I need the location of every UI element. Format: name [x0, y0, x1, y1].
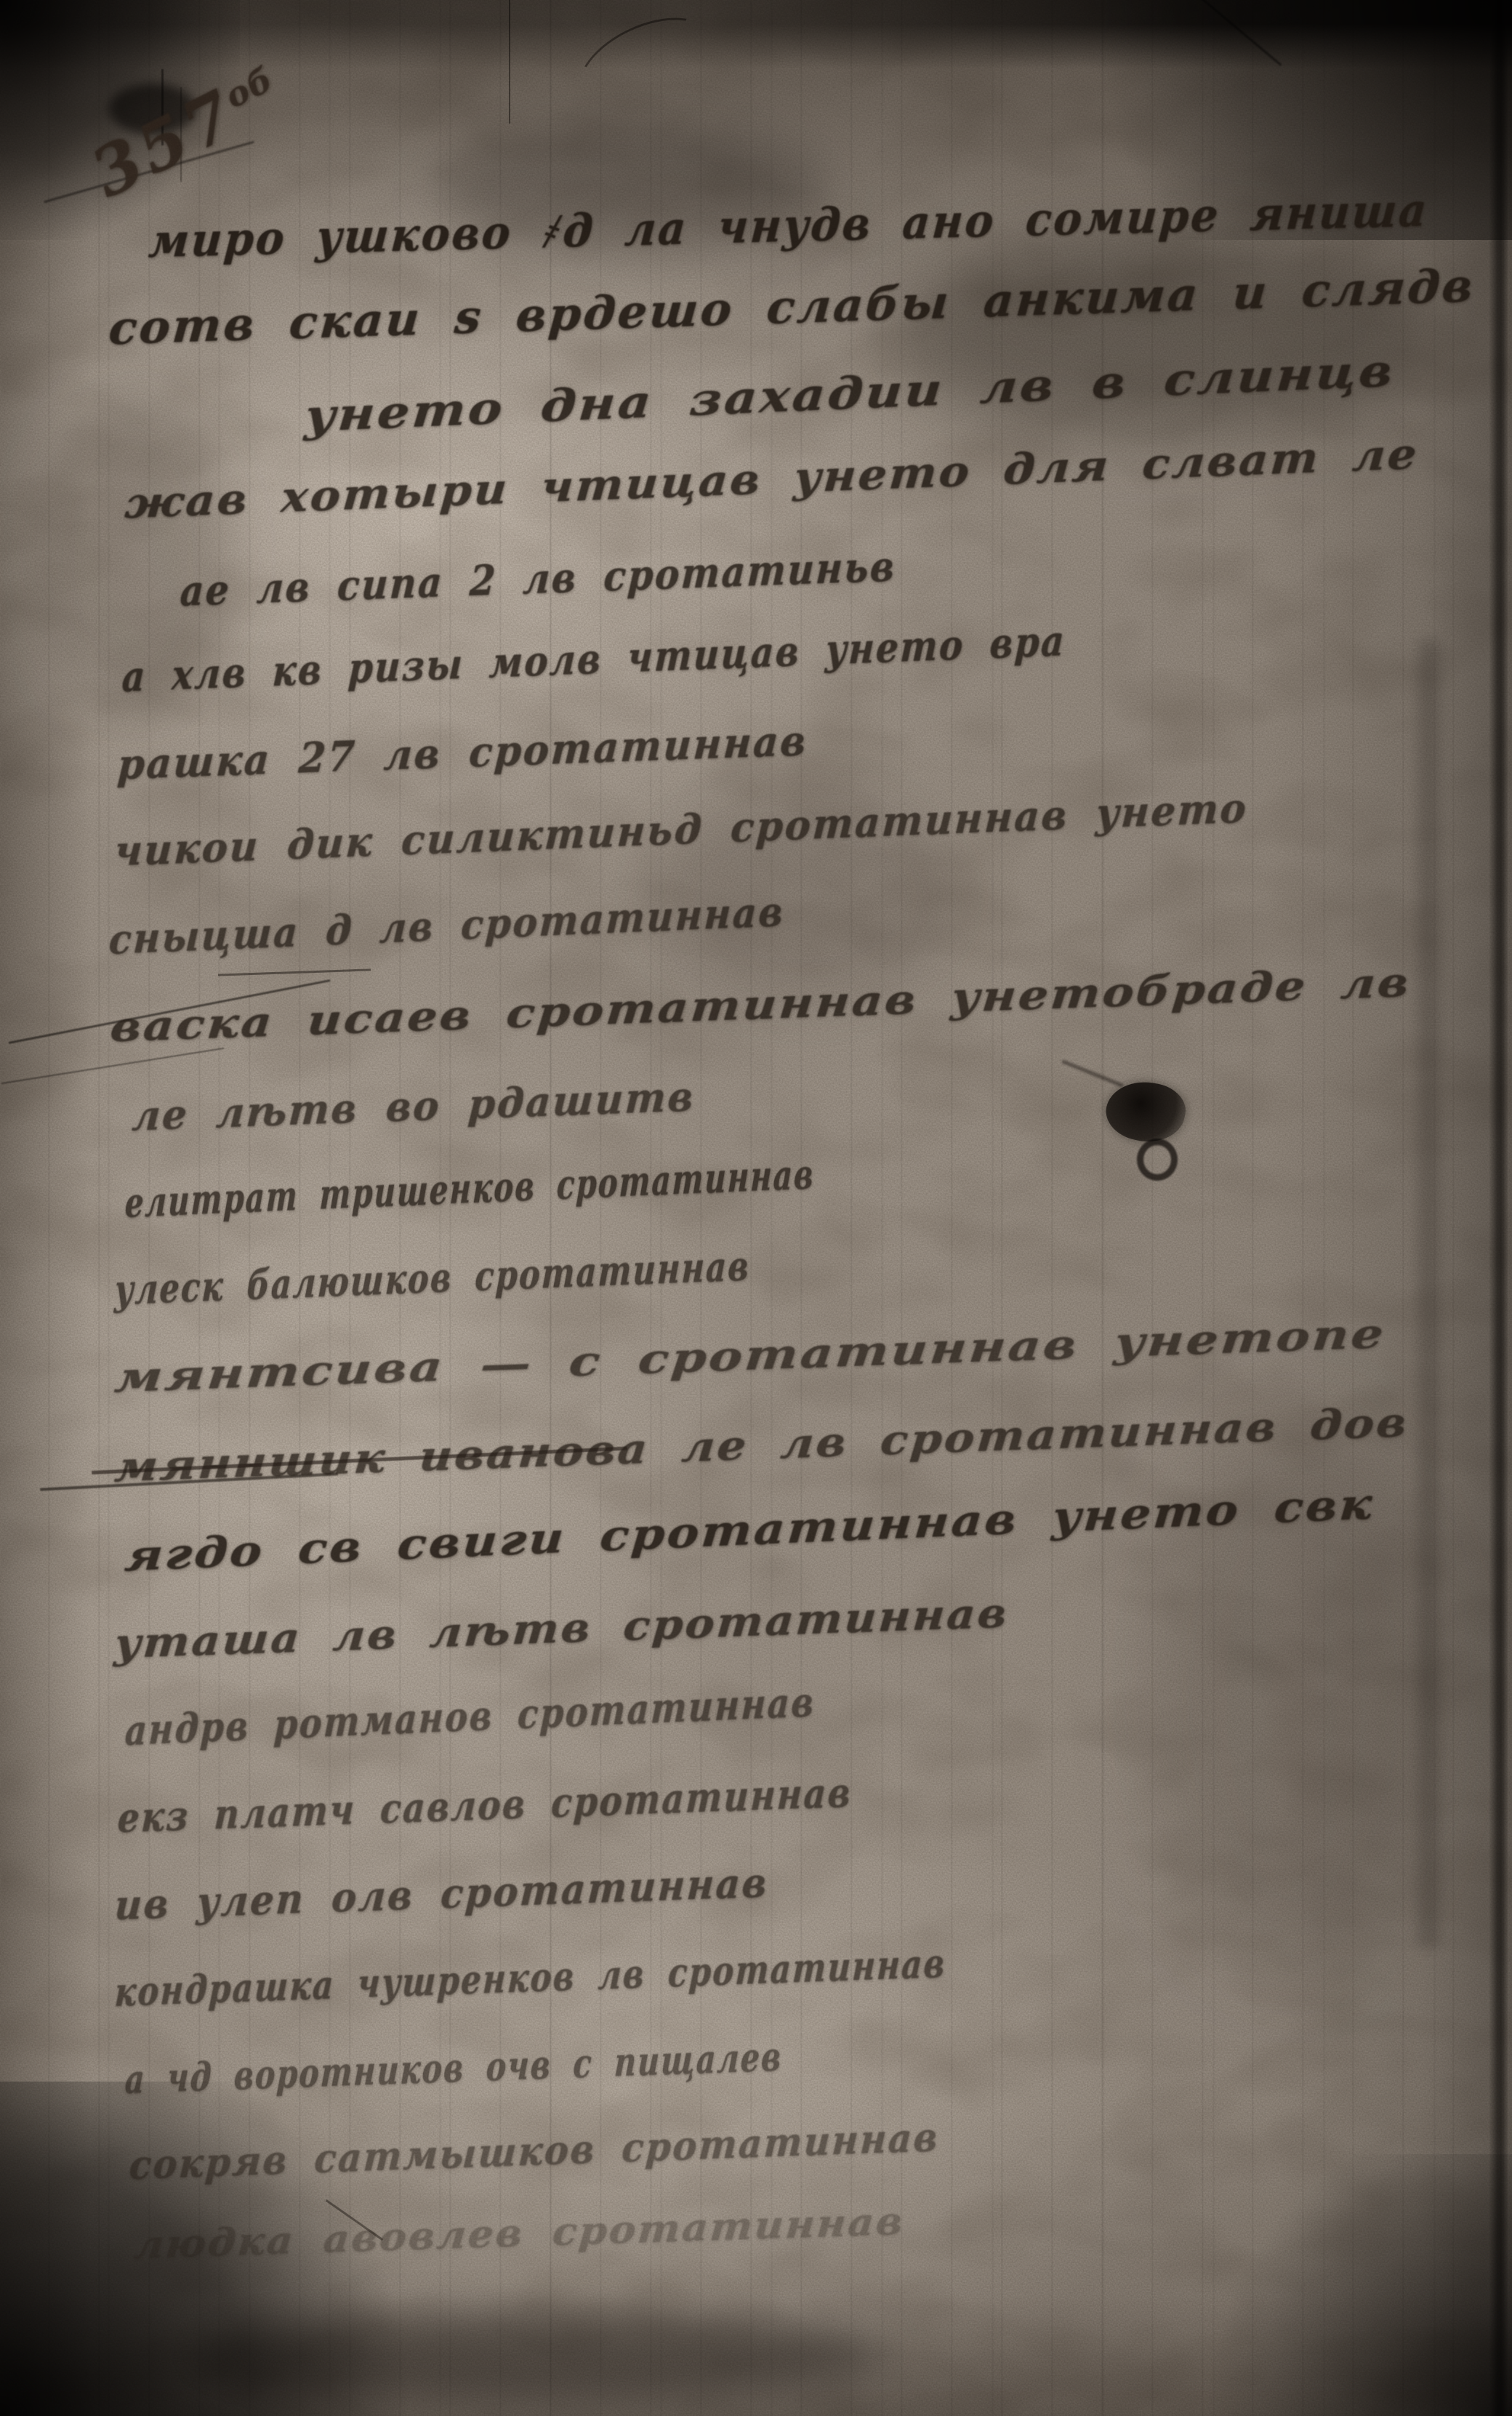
scratch-line: [44, 141, 254, 204]
manuscript-line-text: жав хотыри чтицав унето для слват ле: [123, 429, 1420, 529]
paper-grain-texture: [0, 0, 1512, 2416]
scratch-line: [40, 1472, 338, 1490]
manuscript-line-text: миро ушково ҂д ла чнудв ано сомире яниша: [147, 183, 1431, 268]
manuscript-line-text: а хлв кв ризы молв чтицав унето вра: [121, 617, 1067, 702]
ink-smudge-top-left: [109, 84, 196, 135]
stain-corner-top-right: [1047, 0, 1512, 240]
manuscript-line: а чд воротников очв с пищалев: [124, 2026, 987, 2103]
strikethrough-mark: [92, 1447, 627, 1474]
manuscript-line-text: улеск балюшков сротатиннав: [114, 1242, 752, 1315]
manuscript-line: андрв ротманов сротатиннав: [124, 1672, 954, 1755]
scratch-arc: [565, 0, 726, 129]
manuscript-line-text: ае лв сипа 2 лв сротатиньв: [179, 542, 898, 617]
stain-smudge: [436, 124, 829, 254]
manuscript-line: мянтсива — с сротатиннав унетопе: [114, 1318, 1146, 1402]
manuscript-line-text: уташа лв лѣтв сротатиннав: [113, 1589, 1010, 1668]
manuscript-line: кондрашка чушренков лв сротатиннав: [114, 1933, 1146, 2015]
scratch-line: [326, 2199, 384, 2241]
manuscript-line-text: мянтсива — с сротатиннав унетопе: [113, 1309, 1388, 1402]
stain-corner-bottom-right: [1178, 2154, 1512, 2416]
manuscript-line: ае лв сипа 2 лв сротатиньв: [180, 539, 994, 616]
stain-smudge: [901, 233, 1425, 436]
manuscript-line: ягдо св свиги сротатиннав унето свк: [124, 1485, 1231, 1581]
folio-number-digits: 357: [79, 73, 251, 213]
manuscript-line-text: елитрат тришенков сротатиннав: [124, 1150, 816, 1227]
crack-line: [1, 1048, 224, 1084]
folio-number-suffix: об: [219, 59, 279, 116]
ink-droplet: [1137, 1139, 1178, 1181]
manuscript-line: мянншик иванова ле лв сротатиннав дов: [114, 1402, 1279, 1491]
manuscript-line: улеск балюшков сротатиннав: [114, 1235, 941, 1315]
ink-drip: [161, 69, 164, 145]
manuscript-line: васка исаев сротатиннав унетобраде лв: [110, 964, 1240, 1051]
manuscript-line: чикои дик силиктиньд сротатиннав унето: [114, 782, 1314, 875]
ink-tail: [1061, 1059, 1123, 1087]
stain-smudge: [647, 785, 960, 1011]
paper-chain-lines: [0, 0, 1512, 2416]
folio-number: 357об: [79, 52, 294, 213]
manuscript-line: елитрат тришенков сротатиннав: [124, 1139, 1082, 1227]
manuscript-line-text: андрв ротманов сротатиннав: [124, 1678, 816, 1755]
ink-blot: [1101, 1075, 1191, 1149]
manuscript-line-text: людка авовлев сротатиннав: [133, 2199, 906, 2268]
manuscript-line-text: сокряв сатмышков сротатиннав: [128, 2114, 941, 2188]
manuscript-line-text: васка исаев сротатиннав унетобраде лв: [108, 958, 1412, 1051]
crack-line: [9, 979, 330, 1044]
manuscript-line-text: а чд воротников очв с пищалев: [124, 2033, 784, 2103]
stain-smudge: [189, 2312, 887, 2399]
manuscript-line: екз платч савлов сротатиннав: [117, 1764, 991, 1842]
manuscript-line: сныцша д лв сротатиннав: [108, 885, 856, 964]
manuscript-page: 357об миро ушково ҂д ла чнудв ано сомире…: [0, 0, 1512, 2416]
manuscript-line-text: чикои дик силиктиньд сротатиннав унето: [113, 784, 1250, 875]
manuscript-line: людка авовлев сротатиннав: [134, 2201, 861, 2268]
manuscript-line-text: сотв скаи ѕ врдешо слабы анкима и слядв: [107, 259, 1476, 355]
manuscript-line: ле лѣтв во рдашитв: [132, 1071, 728, 1140]
stain-right-streak: [1417, 640, 1439, 1949]
manuscript-line-text: екз платч савлов сротатиннав: [116, 1769, 853, 1842]
manuscript-line-text: кондрашка чушренков лв сротатиннав: [113, 1940, 947, 2015]
manuscript-line: уташа лв лѣтв сротатиннав: [114, 1591, 945, 1668]
manuscript-line-text: унето дна захадии лв в слинцв: [303, 345, 1396, 442]
manuscript-line: сокряв сатмышков сротатиннав: [129, 2111, 1010, 2188]
stain-corner-bottom-left: [0, 2082, 407, 2416]
manuscript-line: рашка 27 лв сротатиннав: [117, 714, 860, 789]
manuscript-line-text: мянншик иванова ле лв сротатиннав дов: [113, 1398, 1410, 1491]
stain-smudge: [36, 400, 233, 713]
manuscript-line-text: ив улеп олв сротатиннав: [113, 1859, 770, 1930]
manuscript-line-text: сныцша д лв сротатиннав: [108, 888, 786, 964]
manuscript-line: жав хотыри чтицав унето для слват ле: [124, 432, 1338, 528]
scratch-line: [1197, 0, 1282, 66]
crack-line: [509, 0, 510, 124]
manuscript-line-text: ле лѣтв во рдашитв: [131, 1072, 696, 1140]
ink-drip: [180, 87, 182, 182]
manuscript-line: миро ушково ҂д ла чнудв ано сомире яниша: [148, 181, 1512, 268]
manuscript-line-text: рашка 27 лв сротатиннав: [116, 716, 809, 789]
manuscript-line: ив улеп олв сротатиннав: [114, 1857, 829, 1930]
stain-corner-top-left: [0, 0, 240, 240]
binding-crease: [1489, 0, 1508, 2416]
stain-smudge: [1149, 1418, 1439, 1970]
underline-mark: [218, 968, 371, 976]
manuscript-line: сотв скаи ѕ врдешо слабы анкима и слядв: [108, 260, 1442, 355]
manuscript-line-text: ягдо св свиги сротатиннав унето свк: [123, 1479, 1376, 1581]
stain-top-edge: [0, 0, 1512, 69]
manuscript-line: унето дна захадии лв в слинцв: [305, 352, 1245, 442]
manuscript-line: а хлв кв ризы молв чтицав унето вра: [121, 610, 1232, 702]
